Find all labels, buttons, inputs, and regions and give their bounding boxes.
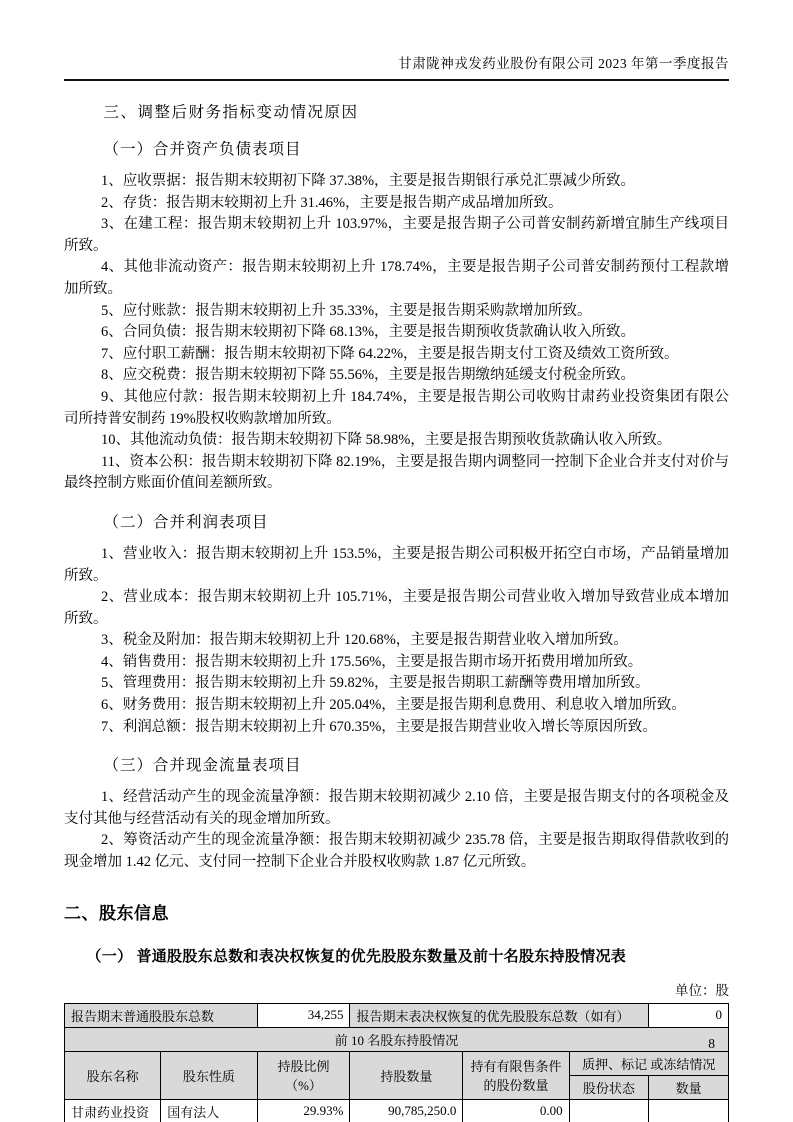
balance-item: 5、应付账款：报告期末较期初上升 35.33%，主要是报告期采购款增加所致。 bbox=[64, 301, 729, 323]
shareholder-quantity-cell bbox=[649, 1099, 729, 1122]
balance-item: 11、资本公积：报告期末较期初下降 82.19%，主要是报告期内调整同一控制下企… bbox=[64, 452, 729, 495]
balance-item: 7、应付职工薪酬：报告期末较期初下降 64.22%，主要是报告期支付工资及绩效工… bbox=[64, 344, 729, 366]
col-header-name: 股东名称 bbox=[65, 1051, 161, 1099]
col-header-status: 股份状态 bbox=[569, 1075, 649, 1099]
balance-item: 4、其他非流动资产：报告期末较期初上升 178.74%，主要是报告期子公司普安制… bbox=[64, 257, 729, 300]
table-row-shareholder: 甘肃药业投资 国有法人 29.93% 90,785,250.0 0.00 bbox=[65, 1099, 729, 1122]
common-shareholders-label: 报告期末普通股股东总数 bbox=[65, 1003, 258, 1027]
cashflow-item: 2、筹资活动产生的现金流量净额：报告期末较期初减少 235.78 倍，主要是报告… bbox=[64, 830, 729, 873]
page-header-title: 甘肃陇神戎发药业股份有限公司 2023 年第一季度报告 bbox=[398, 56, 729, 71]
shareholder-name-cell: 甘肃药业投资 bbox=[65, 1099, 161, 1122]
income-item: 7、利润总额：报告期末较期初上升 670.35%，主要是报告期营业收入增长等原因… bbox=[64, 717, 729, 739]
col-header-nature: 股东性质 bbox=[161, 1051, 257, 1099]
subsection-title-income-statement: （二）合并利润表项目 bbox=[64, 510, 729, 532]
income-item: 2、营业成本：报告期末较期初上升 105.71%，主要是报告期公司营业收入增加导… bbox=[64, 587, 729, 630]
preferred-shareholders-label: 报告期末表决权恢复的优先股股东总数（如有） bbox=[350, 1003, 649, 1027]
subsection-title-balance-sheet: （一）合并资产负债表项目 bbox=[64, 137, 729, 159]
common-shareholders-value: 34,255 bbox=[257, 1003, 350, 1027]
shareholder-table: 报告期末普通股股东总数 34,255 报告期末表决权恢复的优先股股东总数（如有）… bbox=[64, 1003, 729, 1122]
report-page: 甘肃陇神戎发药业股份有限公司 2023 年第一季度报告 三、调整后财务指标变动情… bbox=[0, 0, 793, 1122]
balance-item: 8、应交税费：报告期末较期初下降 55.56%，主要是报告期缴纳延缓支付税金所致… bbox=[64, 365, 729, 387]
col-header-restricted: 持有有限售条件的股份数量 bbox=[463, 1051, 569, 1099]
shareholder-nature-cell: 国有法人 bbox=[161, 1099, 257, 1122]
balance-item: 3、在建工程：报告期末较期初上升 103.97%，主要是报告期子公司普安制药新增… bbox=[64, 214, 729, 257]
balance-item: 9、其他应付款：报告期末较期初上升 184.74%，主要是报告期公司收购甘肃药业… bbox=[64, 387, 729, 430]
income-item: 5、管理费用：报告期末较期初上升 59.82%，主要是报告期职工薪酬等费用增加所… bbox=[64, 673, 729, 695]
income-item: 6、财务费用：报告期末较期初上升 205.04%，主要是报告期利息费用、利息收入… bbox=[64, 695, 729, 717]
balance-item: 1、应收票据：报告期末较期初下降 37.38%，主要是报告期银行承兑汇票减少所致… bbox=[64, 171, 729, 193]
shareholder-restricted-cell: 0.00 bbox=[463, 1099, 569, 1122]
section-title-shareholder-info: 二、股东信息 bbox=[64, 899, 729, 924]
cashflow-item: 1、经营活动产生的现金流量净额：报告期末较期初减少 2.10 倍，主要是报告期支… bbox=[64, 787, 729, 830]
col-header-quantity: 数量 bbox=[649, 1075, 729, 1099]
balance-item: 2、存货：报告期末较期初上升 31.46%，主要是报告期产成品增加所致。 bbox=[64, 193, 729, 215]
shareholder-ratio-cell: 29.93% bbox=[257, 1099, 350, 1122]
balance-item: 10、其他流动负债：报告期末较期初下降 58.98%，主要是报告期预收货款确认收… bbox=[64, 430, 729, 452]
top10-title: 前 10 名股东持股情况 bbox=[65, 1027, 729, 1051]
income-item: 1、营业收入：报告期末较期初上升 153.5%，主要是报告期公司积极开拓空白市场… bbox=[64, 544, 729, 587]
subsection-title-shareholder-table: （一） 普通股股东总数和表决权恢复的优先股股东数量及前十名股东持股情况表 bbox=[64, 945, 729, 966]
income-item: 3、税金及附加：报告期末较期初上升 120.68%，主要是报告期营业收入增加所致… bbox=[64, 630, 729, 652]
page-header: 甘肃陇神戎发药业股份有限公司 2023 年第一季度报告 bbox=[64, 52, 729, 81]
balance-item: 6、合同负债：报告期末较期初下降 68.13%，主要是报告期预收货款确认收入所致… bbox=[64, 322, 729, 344]
income-item: 4、销售费用：报告期末较期初上升 175.56%，主要是报告期市场开拓费用增加所… bbox=[64, 652, 729, 674]
table-row-top10-title: 前 10 名股东持股情况 bbox=[65, 1027, 729, 1051]
col-header-shares: 持股数量 bbox=[350, 1051, 463, 1099]
subsection-title-cash-flow: （三）合并现金流量表项目 bbox=[64, 753, 729, 775]
table-row-totals: 报告期末普通股股东总数 34,255 报告期末表决权恢复的优先股股东总数（如有）… bbox=[65, 1003, 729, 1027]
col-header-pledge-group: 质押、标记 或冻结情况 bbox=[569, 1051, 728, 1075]
shareholder-status-cell bbox=[569, 1099, 649, 1122]
table-header-row: 股东名称 股东性质 持股比例（%） 持股数量 持有有限售条件的股份数量 质押、标… bbox=[65, 1051, 729, 1075]
col-header-ratio: 持股比例（%） bbox=[257, 1051, 350, 1099]
section-title-adjusted-indicators: 三、调整后财务指标变动情况原因 bbox=[64, 100, 729, 122]
preferred-shareholders-value: 0 bbox=[649, 1003, 729, 1027]
unit-label: 单位：股 bbox=[64, 979, 729, 999]
shareholder-shares-cell: 90,785,250.0 bbox=[350, 1099, 463, 1122]
page-number: 8 bbox=[708, 1036, 715, 1052]
